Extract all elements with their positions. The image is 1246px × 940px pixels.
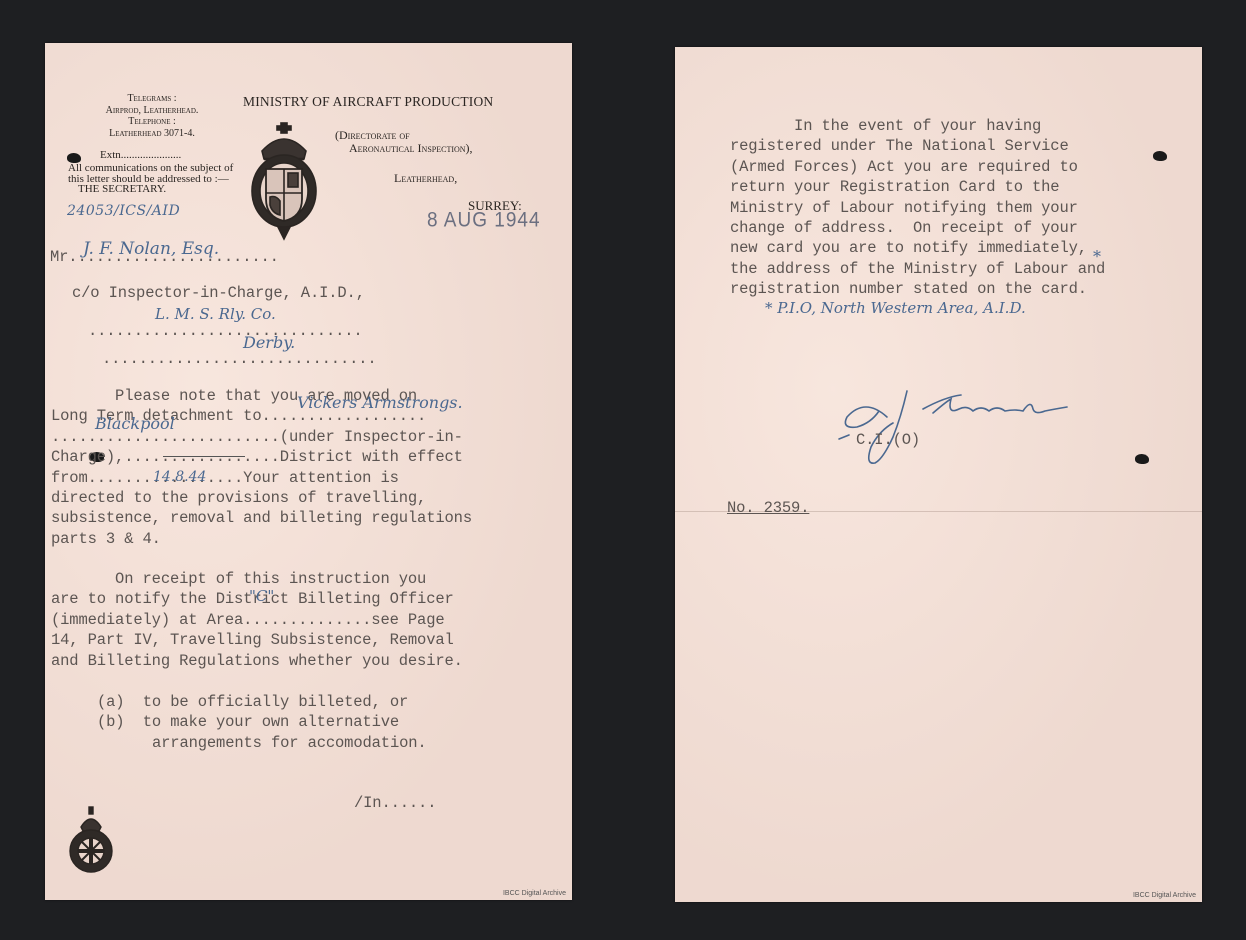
royal-crest-icon: [248, 121, 320, 241]
para2-line: 14, Part IV, Travelling Subsistence, Rem…: [51, 630, 463, 650]
option-b: (b) to make your own alternative: [97, 712, 427, 732]
telegrams-value: Airprod, Leatherhead.: [67, 105, 237, 117]
address-line-2: c/o Inspector-in-Charge, A.I.D.,: [72, 283, 365, 303]
date-stamp: 8 AUG 1944: [427, 209, 541, 233]
para1-line: from.................Your attention is: [51, 468, 472, 488]
option-a-text: to be officially billeted, or: [143, 693, 408, 711]
address-dots-4: ..............................: [102, 349, 377, 369]
extension-field: Extn......................: [100, 149, 181, 161]
communications-note: All communications on the subject of thi…: [68, 163, 238, 185]
archive-credit: IBCC Digital Archive: [1133, 892, 1196, 899]
option-a-label: (a): [97, 693, 124, 711]
body-line: registered under The National Service: [730, 136, 1105, 156]
para1-line: subsistence, removal and billeting regul…: [51, 508, 472, 528]
paragraph-billeting: On receipt of this instruction you are t…: [51, 569, 463, 671]
footnote-handwritten: * P.I.O, North Western Area, A.I.D.: [765, 299, 1026, 317]
reference-number: 24053/ICS/AID: [67, 203, 180, 219]
para2-line: and Billeting Regulations whether you de…: [51, 651, 463, 671]
telephone-label: Telephone :: [67, 116, 237, 128]
billeting-options: (a) to be officially billeted, or (b) to…: [97, 692, 427, 753]
signatory-title: C.I.(O): [856, 430, 920, 450]
national-scheme-badge-icon: [67, 805, 115, 875]
letter-page-front: Telegrams : Airprod, Leatherhead. Teleph…: [45, 43, 572, 900]
para1-line: Charge),.................District with e…: [51, 447, 472, 467]
ministry-title: MINISTRY OF AIRCRAFT PRODUCTION: [243, 94, 493, 110]
effect-date: 14.8.44: [153, 469, 206, 485]
option-a: (a) to be officially billeted, or: [97, 692, 427, 712]
recipient-name: J. F. Nolan, Esq.: [83, 239, 219, 259]
option-b-text: to make your own alternative: [143, 713, 399, 731]
telephone-value: Leatherhead 3071-4.: [67, 128, 237, 140]
address-dots-3: ..............................: [88, 321, 363, 341]
address-line-4: Derby.: [243, 333, 295, 352]
strikethrough-line: [163, 456, 245, 457]
para1-line: directed to the provisions of travelling…: [51, 488, 472, 508]
salutation: Mr.: [50, 248, 77, 266]
detachment-company: Vickers Armstrongs.: [297, 393, 463, 412]
option-b-label: (b): [97, 713, 124, 731]
signature-icon: [835, 387, 1125, 467]
letter-page-back: In the event of your having registered u…: [675, 47, 1202, 902]
body-line: new card you are to notify immediately,: [730, 238, 1105, 258]
body-line: return your Registration Card to the: [730, 177, 1105, 197]
archive-credit: IBCC Digital Archive: [503, 890, 566, 897]
town: Leatherhead,: [394, 171, 457, 186]
directorate-line-2: Aeronautical Inspection),: [335, 142, 473, 155]
letterhead-contact: Telegrams : Airprod, Leatherhead. Teleph…: [67, 93, 237, 139]
punch-mark: [1153, 151, 1167, 161]
registration-paragraph: In the event of your having registered u…: [730, 116, 1105, 300]
address-line-3: L. M. S. Rly. Co.: [155, 305, 276, 323]
continuation-marker: /In......: [354, 793, 436, 813]
body-line: Ministry of Labour notifying them your: [730, 198, 1105, 218]
body-line: the address of the Ministry of Labour an…: [730, 259, 1105, 279]
option-b-continued: arrangements for accomodation.: [97, 733, 427, 753]
detachment-location: Blackpool: [95, 414, 175, 433]
body-line: (Armed Forces) Act you are required to: [730, 157, 1105, 177]
para1-line: parts 3 & 4.: [51, 529, 472, 549]
body-line: In the event of your having: [730, 116, 1105, 136]
document-number: No. 2359.: [727, 498, 809, 518]
body-line: change of address. On receipt of your: [730, 218, 1105, 238]
para2-line: (immediately) at Area..............see P…: [51, 610, 463, 630]
billeting-area: "C": [249, 587, 274, 605]
body-line: registration number stated on the card.: [730, 279, 1105, 299]
addressee-secretary: THE SECRETARY.: [78, 183, 166, 195]
asterisk-mark: *: [1093, 247, 1101, 266]
punch-mark: [1135, 454, 1149, 464]
directorate-name: (Directorate of Aeronautical Inspection)…: [335, 129, 473, 155]
telegrams-label: Telegrams :: [67, 93, 237, 105]
